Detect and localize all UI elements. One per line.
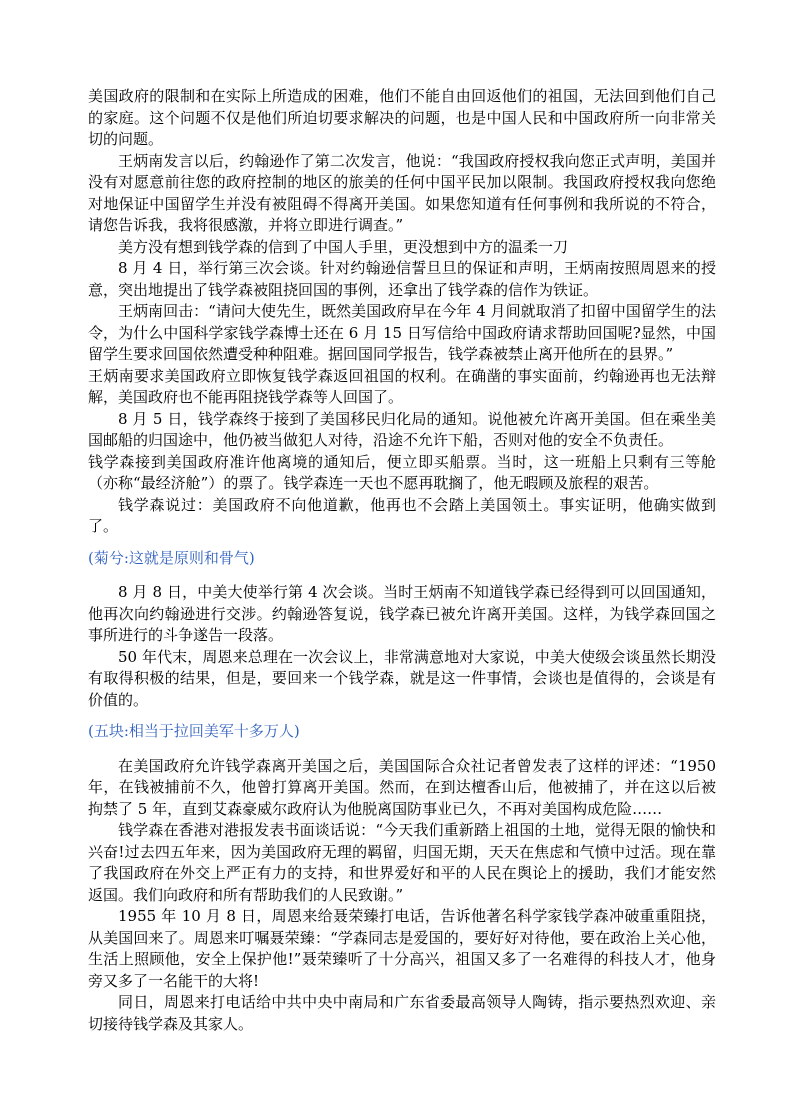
document-body: 美国政府的限制和在实际上所造成的困难，他们不能自由回返他们的祖国，无法回到他们自… <box>88 86 716 1035</box>
paragraph: 8 月 8 日，中美大使举行第 4 次会谈。当时王炳南不知道钱学森已经得到可以回… <box>88 582 716 647</box>
paragraph: 钱学森说过：美国政府不向他道歉，他再也不会踏上美国领土。事实证明，他确实做到了。 <box>88 495 716 538</box>
paragraph: 王炳南要求美国政府立即恢复钱学森返回祖国的权利。在确凿的事实面前，约翰逊再也无法… <box>88 366 716 409</box>
paragraph: 50 年代末，周恩来总理在一次会议上，非常满意地对大家说，中美大使级会谈虽然长期… <box>88 647 716 712</box>
paragraph: 美方没有想到钱学森的信到了中国人手里，更没想到中方的温柔一刀 <box>88 237 716 259</box>
annotation-comment: (五块:相当于拉回美军十多万人) <box>88 721 716 743</box>
paragraph: 同日，周恩来打电话给中共中央中南局和广东省委最高领导人陶铸，指示要热烈欢迎、亲切… <box>88 992 716 1035</box>
paragraph: 8 月 5 日，钱学森终于接到了美国移民归化局的通知。说他被允许离开美国。但在乘… <box>88 409 716 452</box>
paragraph: 1955 年 10 月 8 日，周恩来给聂荣臻打电话，告诉他著名科学家钱学森冲破… <box>88 906 716 992</box>
paragraph: 钱学森接到美国政府准许他离境的通知后，便立即买船票。当时，这一班船上只剩有三等舱… <box>88 452 716 495</box>
paragraph: 王炳南发言以后，约翰逊作了第二次发言，他说：“我国政府授权我向您正式声明，美国并… <box>88 151 716 237</box>
paragraph: 美国政府的限制和在实际上所造成的困难，他们不能自由回返他们的祖国，无法回到他们自… <box>88 86 716 151</box>
paragraph: 8 月 4 日，举行第三次会谈。针对约翰逊信誓旦旦的保证和声明，王炳南按照周恩来… <box>88 258 716 301</box>
annotation-comment: (菊兮:这就是原则和骨气) <box>88 548 716 570</box>
paragraph: 钱学森在香港对港报发表书面谈话说：“今天我们重新踏上祖国的土地，觉得无限的愉快和… <box>88 820 716 906</box>
paragraph: 王炳南回击：“请问大使先生，既然美国政府早在今年 4 月间就取消了扣留中国留学生… <box>88 301 716 366</box>
paragraph: 在美国政府允许钱学森离开美国之后，美国国际合众社记者曾发表了这样的评述：“195… <box>88 756 716 821</box>
document-page: 美国政府的限制和在实际上所造成的困难，他们不能自由回返他们的祖国，无法回到他们自… <box>0 0 800 1100</box>
